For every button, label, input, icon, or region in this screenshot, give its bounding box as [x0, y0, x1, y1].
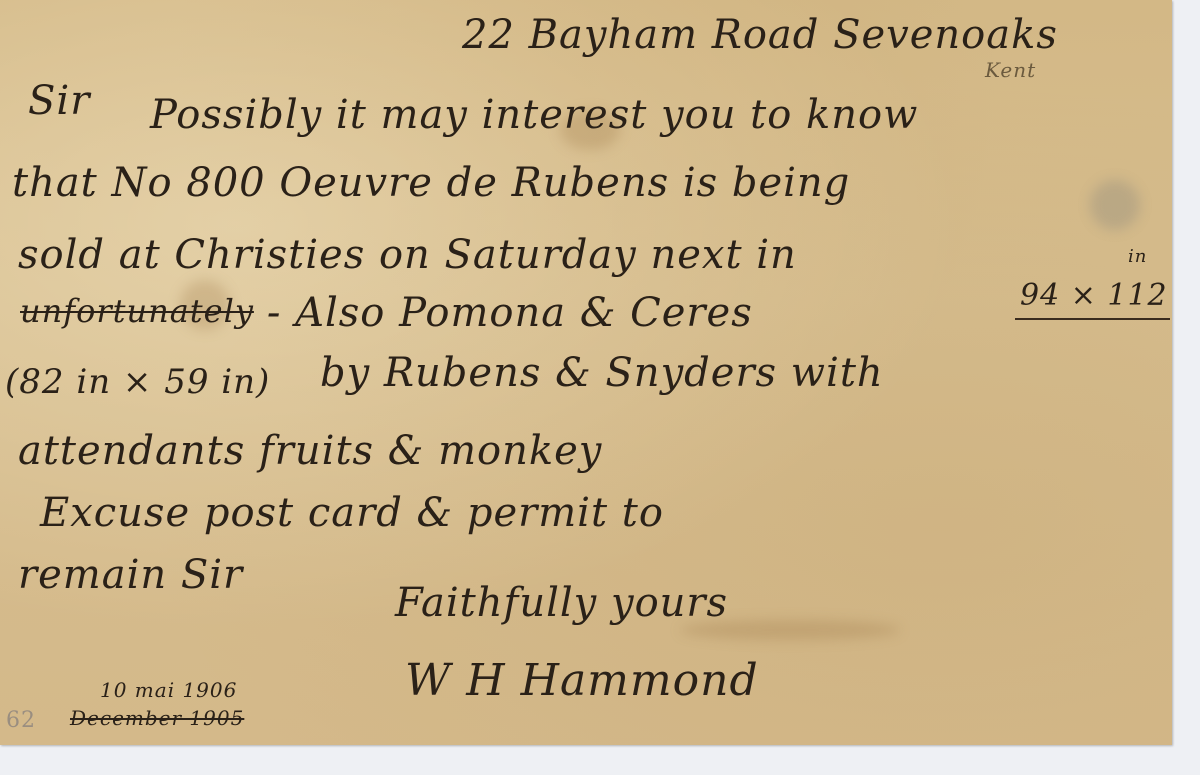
body-line-4: - Also Pomona & Ceres — [20, 290, 753, 336]
body-line-3: sold at Christies on Saturday next in — [18, 232, 797, 278]
address-line: 22 Bayham Road Sevenoaks — [462, 12, 1058, 58]
date-annotation: 10 mai 1906 — [100, 678, 237, 702]
blue-stain — [1090, 180, 1140, 230]
postcard: 22 Bayham Road Sevenoaks Kent Sir Possib… — [0, 0, 1172, 745]
body-line-5: by Rubens & Snyders with — [320, 350, 884, 396]
dimension-note-right: 94 × 112 — [1020, 278, 1168, 313]
dimension-note-left: (82 in × 59 in) — [5, 362, 270, 402]
body-line-8: remain Sir — [18, 552, 243, 598]
body-line-6: attendants fruits & monkey — [18, 428, 602, 474]
salutation: Sir — [28, 78, 90, 124]
pencil-number: 62 — [6, 708, 36, 733]
dimension-underline — [1015, 318, 1170, 320]
dimension-unit: in — [1128, 246, 1147, 267]
body-line-2: that No 800 Oeuvre de Rubens is being — [12, 160, 850, 206]
closing: Faithfully yours — [395, 580, 728, 626]
body-line-1: Possibly it may interest you to know — [150, 92, 918, 138]
body-line-7: Excuse post card & permit to — [40, 490, 664, 536]
signature: W H Hammond — [405, 655, 759, 706]
address-county: Kent — [985, 58, 1036, 82]
date-crossed: December 1905 — [70, 706, 244, 730]
